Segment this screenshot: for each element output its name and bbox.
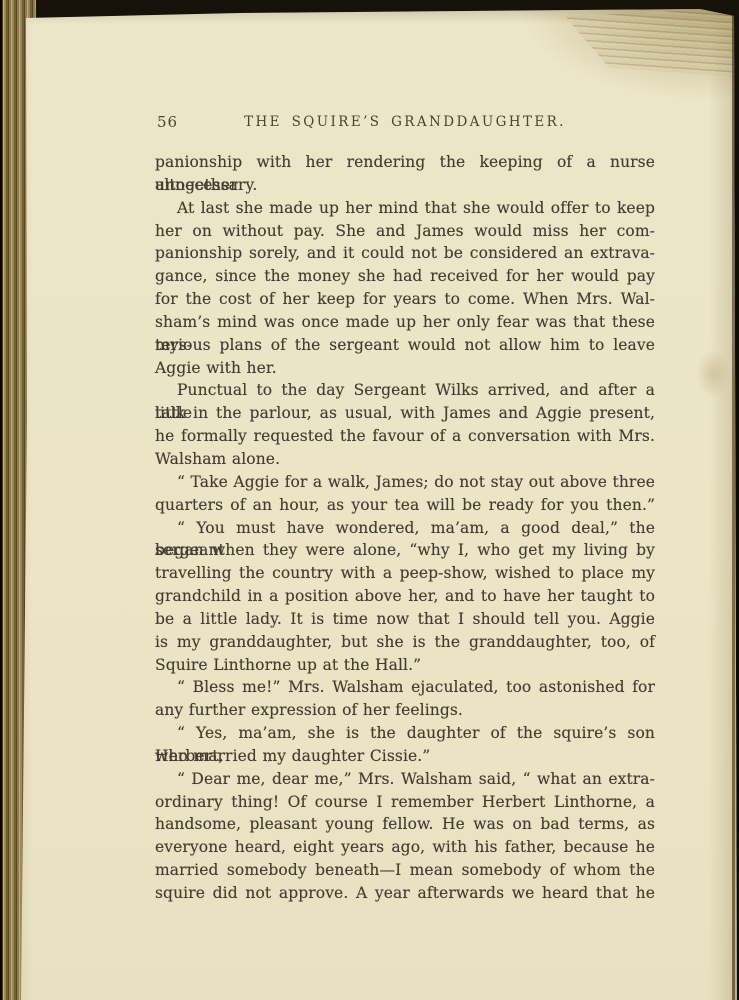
text-line: ordinary thing! Of course I remember Her… [155,791,655,814]
text-line: “ Bless me!” Mrs. Walsham ejaculated, to… [155,676,655,699]
text-line: quarters of an hour, as your tea will be… [155,494,655,517]
text-line: married somebody beneath—I mean somebody… [155,859,655,882]
text-line: unnecessary. [155,174,655,197]
text-line: panionship sorely, and it could not be c… [155,242,655,265]
text-line: for the cost of her keep for years to co… [155,288,655,311]
text-line: travelling the country with a peep-show,… [155,562,655,585]
text-line: Walsham alone. [155,448,655,471]
text-line: Squire Linthorne up at the Hall.” [155,654,655,677]
page-header-row: 56 THE SQUIRE’S GRANDDAUGHTER. [155,110,655,134]
text-line: “ Yes, ma’am, she is the daughter of the… [155,722,655,745]
page-right-rim [732,0,735,1000]
running-header: THE SQUIRE’S GRANDDAUGHTER. [155,110,655,134]
text-line: everyone heard, eight years ago, with hi… [155,836,655,859]
book-photo: 56 THE SQUIRE’S GRANDDAUGHTER. panionshi… [0,0,739,1000]
page-stain [696,350,730,398]
text-line: “ Dear me, dear me,” Mrs. Walsham said, … [155,768,655,791]
text-line: any further expression of her feelings. [155,699,655,722]
text-line: her on without pay. She and James would … [155,220,655,243]
text-line: terious plans of the sergeant would not … [155,334,655,357]
text-line: is my granddaughter, but she is the gran… [155,631,655,654]
text-line: he formally requested the favour of a co… [155,425,655,448]
text-line: be a little lady. It is time now that I … [155,608,655,631]
text-line: panionship with her rendering the keepin… [155,151,655,174]
text-line: began when they were alone, “why I, who … [155,539,655,562]
text-line: gance, since the money she had received … [155,265,655,288]
text-line: sham’s mind was once made up her only fe… [155,311,655,334]
book-page: 56 THE SQUIRE’S GRANDDAUGHTER. panionshi… [0,0,739,1000]
text-line: “ You must have wondered, ma’am, a good … [155,517,655,540]
text-line: At last she made up her mind that she wo… [155,197,655,220]
text-line: who married my daughter Cissie.” [155,745,655,768]
text-block: panionship with her rendering the keepin… [155,151,655,905]
text-line: grandchild in a position above her, and … [155,585,655,608]
text-line: “ Take Aggie for a walk, James; do not s… [155,471,655,494]
text-line: Punctual to the day Sergeant Wilks arriv… [155,379,655,402]
text-line: Aggie with her. [155,357,655,380]
text-line: squire did not approve. A year afterward… [155,882,655,905]
text-line: handsome, pleasant young fellow. He was … [155,813,655,836]
page-edge-streaks [565,8,735,76]
text-line: talk in the parlour, as usual, with Jame… [155,402,655,425]
